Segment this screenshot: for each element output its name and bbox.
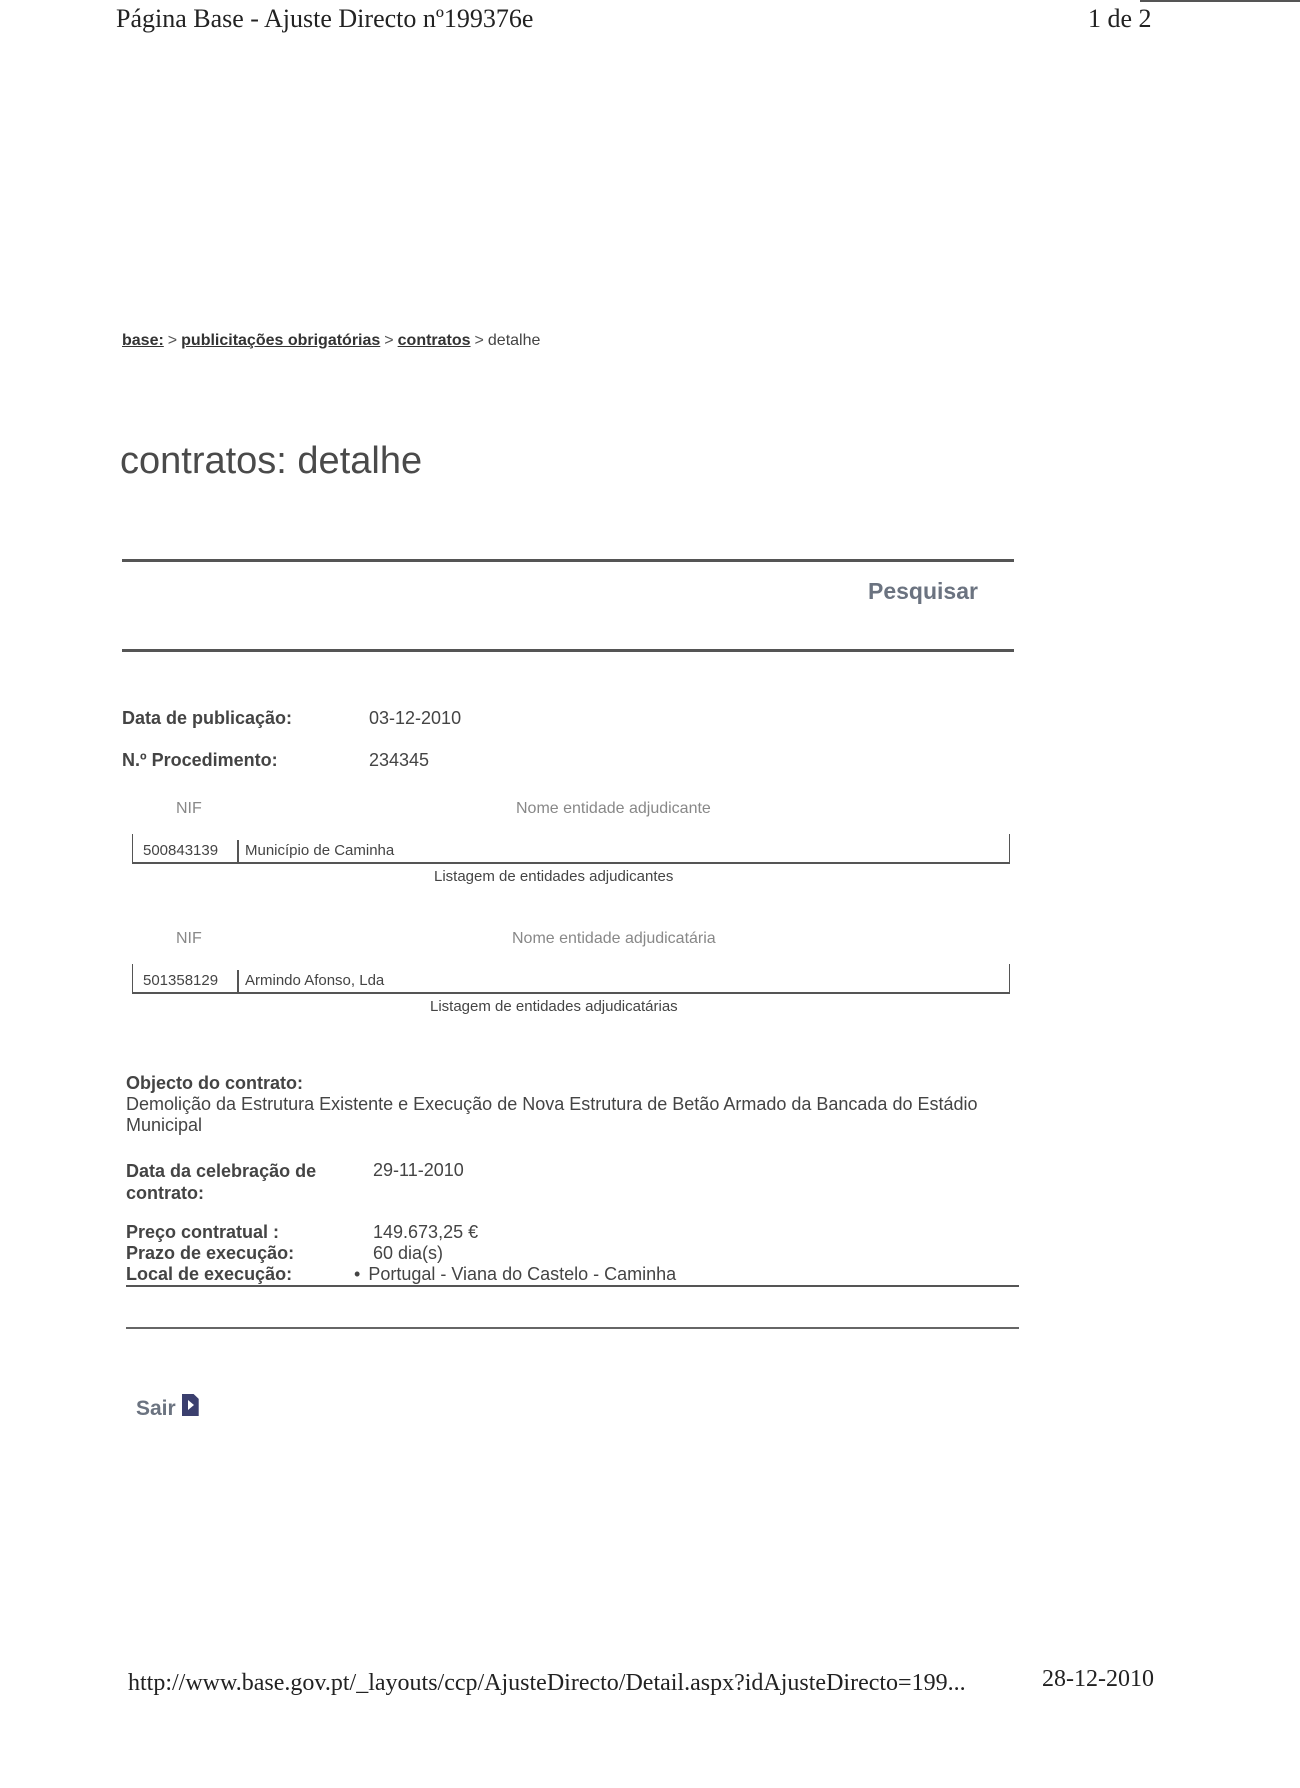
field-value: 29-11-2010 bbox=[373, 1160, 464, 1181]
breadcrumb-separator: > bbox=[475, 332, 484, 349]
field-label: Preço contratual : bbox=[126, 1222, 279, 1243]
field-label: Data da celebração de contrato: bbox=[126, 1160, 346, 1204]
breadcrumb-separator: > bbox=[384, 332, 393, 349]
field-label: Data de publicação: bbox=[122, 708, 292, 729]
field-value: •Portugal - Viana do Castelo - Caminha bbox=[354, 1264, 676, 1285]
page-indicator: 1 de 2 bbox=[1088, 4, 1152, 34]
exit-button[interactable]: Sair bbox=[136, 1397, 199, 1421]
column-header-nif: NIF bbox=[176, 800, 202, 818]
print-footer: http://www.base.gov.pt/_layouts/ccp/Ajus… bbox=[128, 1670, 966, 1697]
objecto-label: Objecto do contrato: bbox=[126, 1073, 303, 1094]
field-label: Local de execução: bbox=[126, 1264, 292, 1285]
print-url: http://www.base.gov.pt/_layouts/ccp/Ajus… bbox=[128, 1670, 966, 1696]
breadcrumb-base[interactable]: base: bbox=[122, 332, 164, 349]
field-value: 60 dia(s) bbox=[373, 1243, 443, 1264]
breadcrumb-publicitacoes[interactable]: publicitações obrigatórias bbox=[181, 332, 380, 349]
cell-divider bbox=[237, 970, 239, 994]
column-header-nome: Nome entidade adjudicatária bbox=[512, 930, 716, 948]
field-label: Prazo de execução: bbox=[126, 1243, 294, 1264]
divider-top bbox=[122, 559, 1014, 562]
print-title: Página Base - Ajuste Directo nº199376e bbox=[116, 4, 533, 34]
exit-arrow-icon bbox=[182, 1394, 199, 1416]
table-row[interactable]: 501358129 Armindo Afonso, Lda bbox=[132, 964, 1010, 994]
bullet-icon: • bbox=[354, 1264, 360, 1284]
cell-nif: 501358129 bbox=[143, 972, 218, 989]
column-header-nif: NIF bbox=[176, 930, 202, 948]
scan-edge-line bbox=[1140, 0, 1300, 2]
cell-nome: Município de Caminha bbox=[245, 842, 394, 859]
field-value: 234345 bbox=[369, 750, 429, 771]
field-value: 03-12-2010 bbox=[369, 708, 461, 729]
breadcrumb: base:>publicitações obrigatórias>contrat… bbox=[122, 332, 540, 350]
column-header-nome: Nome entidade adjudicante bbox=[516, 800, 711, 818]
cell-nif: 500843139 bbox=[143, 842, 218, 859]
breadcrumb-separator: > bbox=[168, 332, 177, 349]
divider-local bbox=[126, 1285, 1019, 1287]
field-value: 149.673,25 € bbox=[373, 1222, 478, 1243]
print-date: 28-12-2010 bbox=[1042, 1666, 1154, 1693]
exit-label: Sair bbox=[136, 1397, 176, 1421]
page-title: contratos: detalhe bbox=[120, 440, 422, 483]
cell-divider bbox=[237, 840, 239, 864]
table-row[interactable]: 500843139 Município de Caminha bbox=[132, 834, 1010, 864]
local-value: Portugal - Viana do Castelo - Caminha bbox=[368, 1264, 676, 1284]
divider-bottom bbox=[122, 649, 1014, 652]
cell-nome: Armindo Afonso, Lda bbox=[245, 972, 384, 989]
field-label: N.º Procedimento: bbox=[122, 750, 278, 771]
table-caption: Listagem de entidades adjudicantes bbox=[434, 868, 673, 885]
table-caption: Listagem de entidades adjudicatárias bbox=[430, 998, 678, 1015]
print-header: Página Base - Ajuste Directo nº199376e 1… bbox=[116, 4, 1150, 34]
search-link[interactable]: Pesquisar bbox=[868, 578, 978, 605]
divider-end bbox=[126, 1327, 1019, 1329]
objecto-text: Demolição da Estrutura Existente e Execu… bbox=[126, 1094, 1006, 1136]
breadcrumb-current: detalhe bbox=[488, 332, 541, 349]
breadcrumb-contratos[interactable]: contratos bbox=[398, 332, 471, 349]
